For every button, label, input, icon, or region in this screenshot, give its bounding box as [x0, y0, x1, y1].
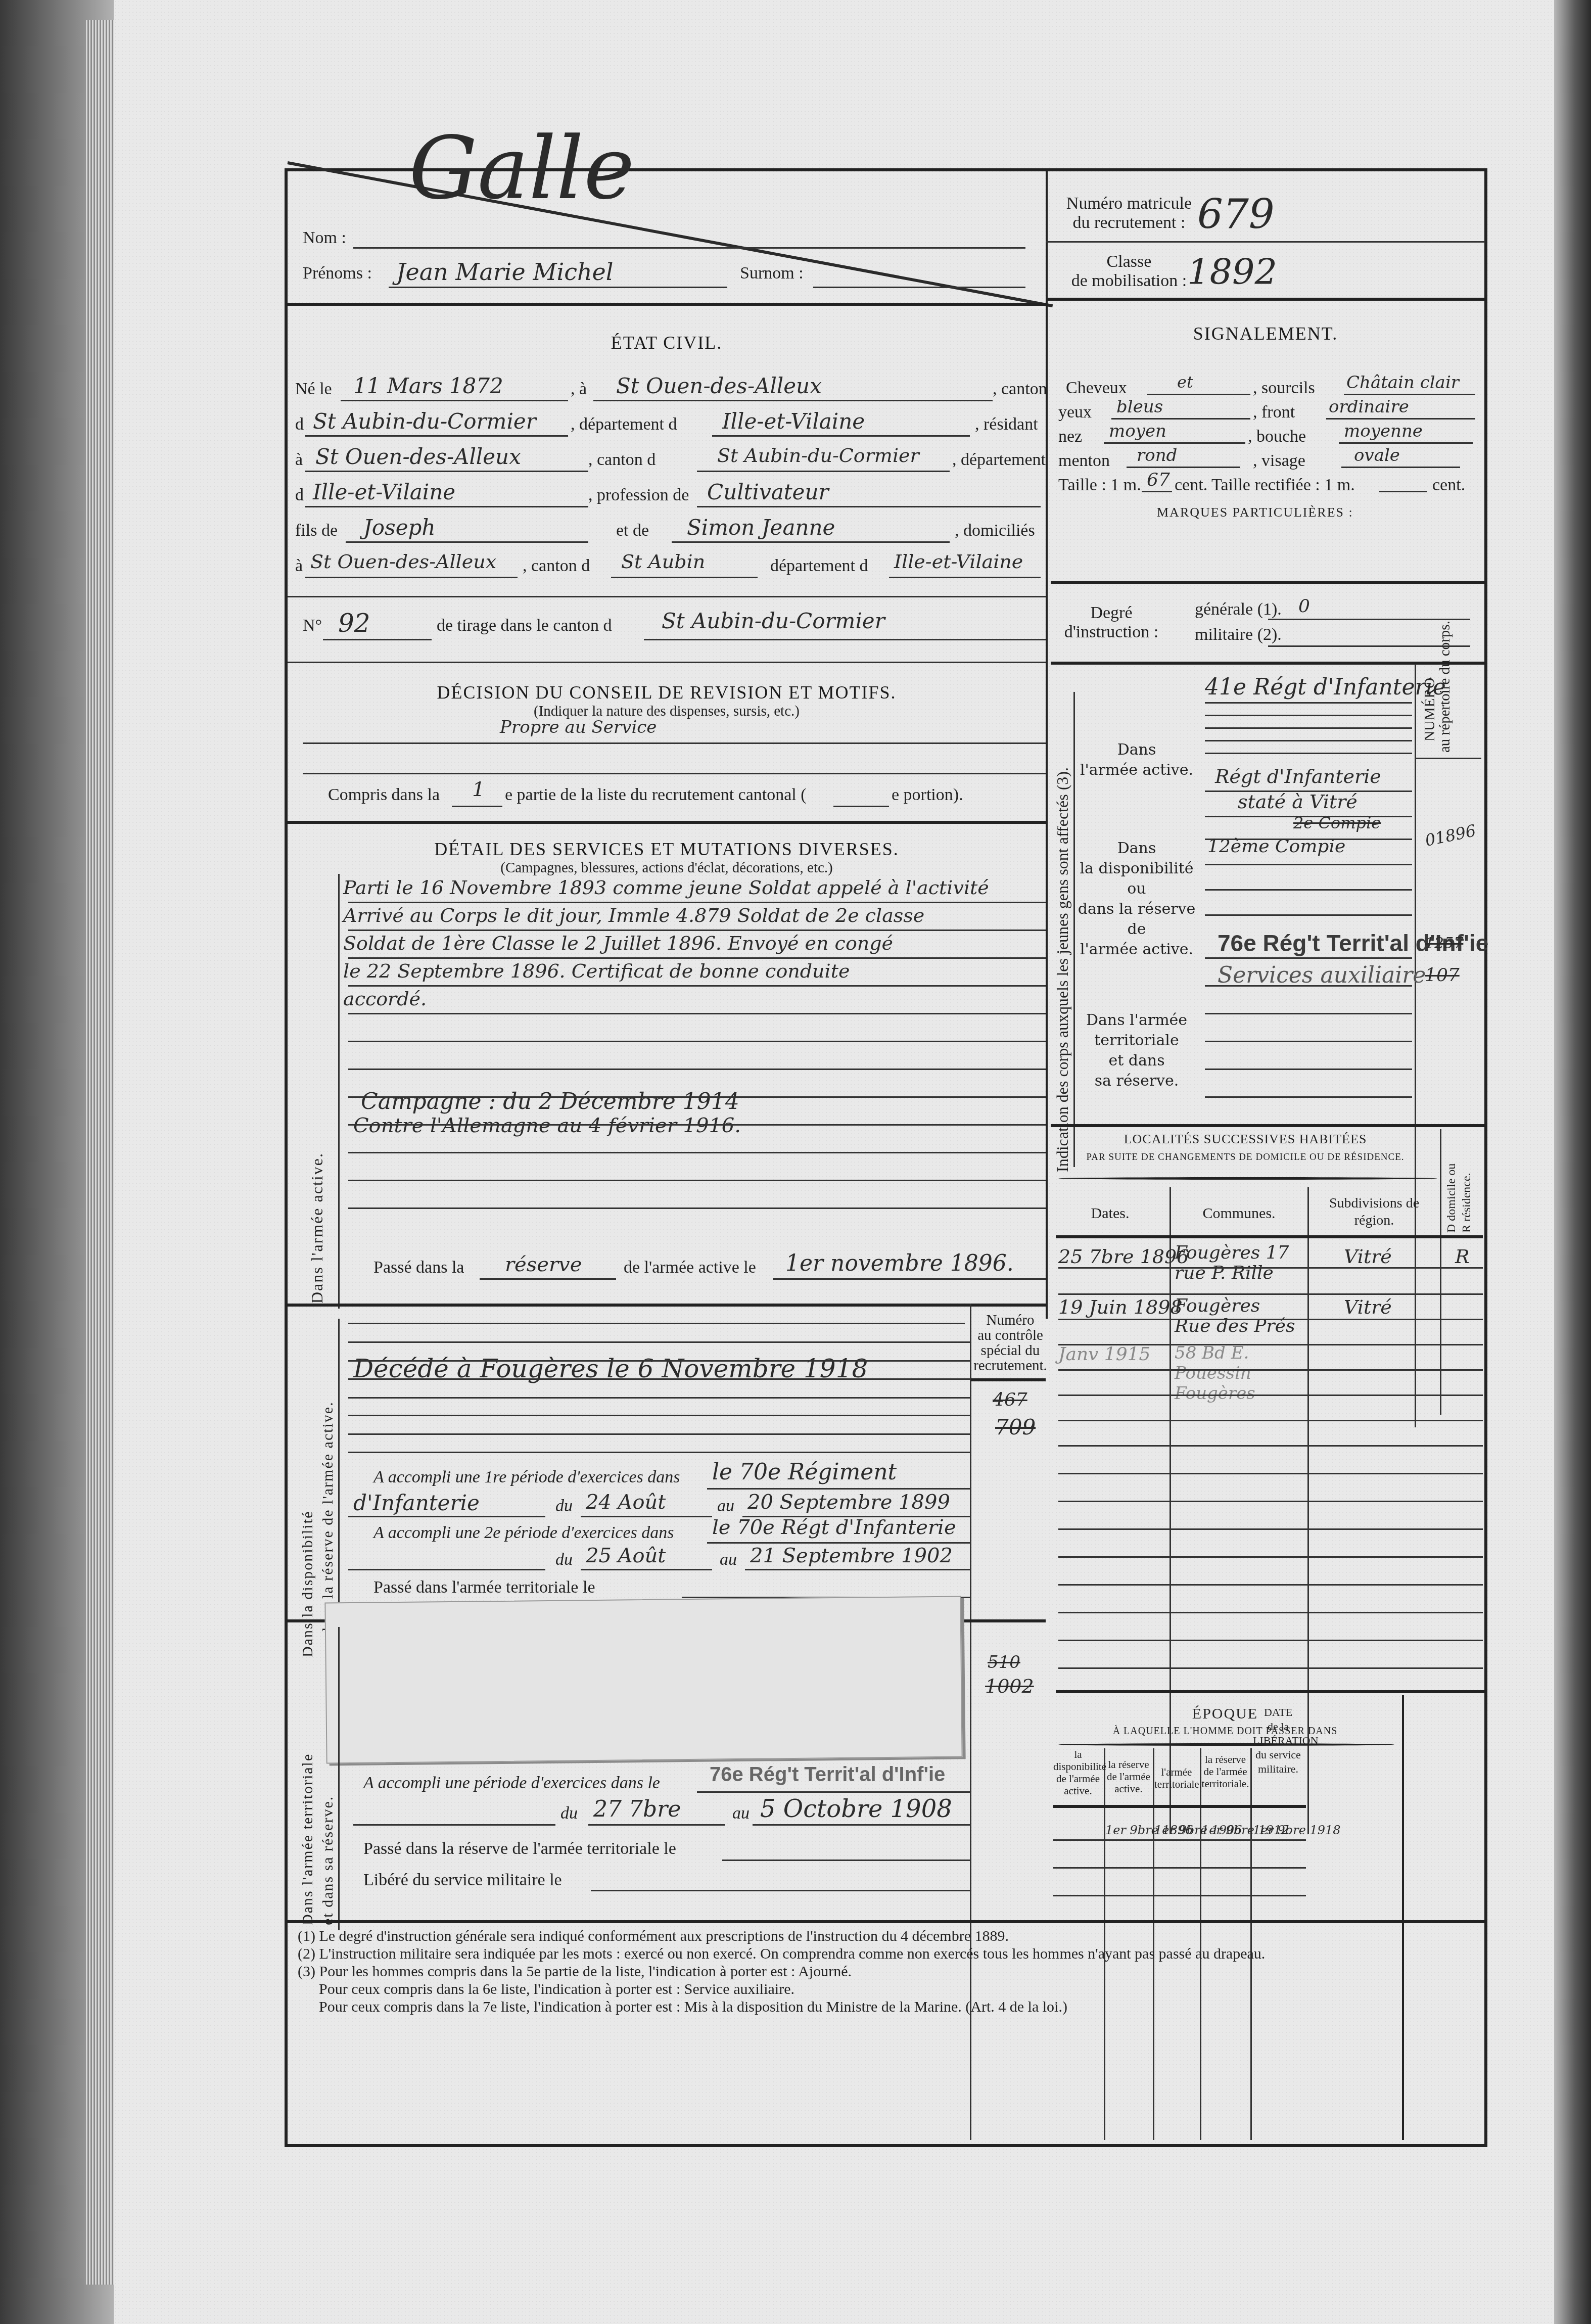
epoque-col-reserve-active: la réserve de l'armée active. — [1105, 1758, 1152, 1795]
territoriale-numero-1[interactable]: 1257 — [1425, 935, 1463, 952]
periode-2-au[interactable]: 21 Septembre 1902 — [750, 1544, 953, 1567]
localite-date[interactable]: Janv 1915 — [1058, 1344, 1150, 1365]
mere-value[interactable]: Simon Jeanne — [687, 515, 835, 540]
affectation-territoriale-label: Dans l'arméeterritorialeet danssa réserv… — [1076, 1010, 1197, 1091]
parents-departement[interactable]: Ille-et-Vilaine — [894, 550, 1023, 573]
book-binding-edge — [0, 0, 116, 2324]
affectations-side-label: Indication des corps auxquels les jeunes… — [1053, 767, 1072, 1172]
nom-field[interactable] — [353, 247, 1025, 249]
portion-field[interactable] — [833, 806, 889, 807]
service-line-2[interactable]: Arrivé au Corps le dit jour, Immle 4.879… — [343, 904, 924, 926]
residence-canton[interactable]: St Aubin-du-Cormier — [717, 444, 919, 467]
localite-subdivision[interactable]: Vitré — [1344, 1296, 1392, 1318]
instruction-label: Degréd'instruction : — [1056, 603, 1167, 642]
service-line-4[interactable]: le 22 Septembre 1896. Certificat de bonn… — [343, 960, 850, 982]
taille-value[interactable]: 67 — [1147, 470, 1170, 490]
front-value[interactable]: ordinaire — [1329, 397, 1409, 417]
epoque-col-reserve-territoriale: la réserve de l'armée territoriale. — [1201, 1753, 1249, 1790]
footnote-1: (1) Le degré d'instruction générale sera… — [298, 1928, 1009, 1945]
numero-controle-value-2[interactable]: 709 — [995, 1415, 1036, 1439]
nom-label: Nom : — [303, 228, 346, 248]
liberation-value[interactable]: 1er 9bre 1918 — [1253, 1823, 1341, 1837]
localite-commune[interactable]: Fougères 17 rue P. Rille — [1175, 1243, 1301, 1283]
sourcils-value[interactable]: Châtain clair — [1346, 373, 1459, 393]
numero-controle-value-1[interactable]: 467 — [993, 1389, 1027, 1410]
territoriale-periode-stamp: 76e Rég't Territ'al d'Inf'ie — [710, 1763, 945, 1786]
service-line-3[interactable]: Soldat de 1ère Classe le 2 Juillet 1896.… — [343, 932, 893, 954]
footnote-3b: Pour ceux compris dans la 6e liste, l'in… — [319, 1981, 794, 1998]
epoque-col-disponibilite: la disponibilité de l'armée active. — [1053, 1748, 1103, 1797]
passe-reserve-date[interactable]: 1er novembre 1896. — [785, 1250, 1014, 1276]
affectation-disponibilite-value-3[interactable]: 2e Compie — [1293, 813, 1381, 832]
pere-value[interactable]: Joseph — [363, 515, 435, 540]
prenoms-label: Prénoms : — [303, 264, 372, 283]
signalement-title: SIGNALEMENT. — [1046, 323, 1485, 344]
tirage-canton[interactable]: St Aubin-du-Cormier — [662, 609, 885, 633]
epoque-subtitle: À LAQUELLE L'HOMME DOIT PASSER DANS — [1051, 1726, 1399, 1737]
tirage-numero[interactable]: 92 — [338, 609, 370, 638]
footnote-2: (2) L'instruction militaire sera indiqué… — [298, 1945, 1265, 1963]
yeux-value[interactable]: bleus — [1116, 397, 1163, 417]
prenoms-value[interactable]: Jean Marie Michel — [396, 258, 614, 286]
service-line-5[interactable]: accordé. — [343, 988, 427, 1010]
stacked-page-edges — [86, 20, 116, 2285]
territoriale-periode-du[interactable]: 27 7bre — [593, 1796, 681, 1822]
matricule-value[interactable]: 679 — [1197, 191, 1275, 238]
nez-value[interactable]: moyen — [1109, 421, 1166, 441]
footnote-3c: Pour ceux compris dans la 7e liste, l'in… — [319, 1998, 1067, 2016]
periode-2-du[interactable]: 25 Août — [586, 1544, 666, 1567]
territoriale-periode-au[interactable]: 5 Octobre 1908 — [760, 1795, 952, 1823]
territoriale-numero-2[interactable]: 107 — [1425, 965, 1460, 986]
decision-value[interactable]: Propre au Service — [500, 717, 657, 737]
localite-dr[interactable]: R — [1455, 1245, 1470, 1268]
libere-field[interactable] — [591, 1890, 970, 1891]
departement-naissance[interactable]: Ille-et-Vilaine — [722, 409, 865, 434]
affectation-disponibilite-value-1[interactable]: Régt d'Infanterie — [1215, 765, 1381, 787]
affectation-disponibilite-numero[interactable]: 01896 — [1423, 821, 1477, 850]
instruction-generale-value[interactable]: 0 — [1298, 596, 1310, 617]
side-label-armee-active: Dans l'armée active. — [308, 1152, 326, 1304]
affectation-active-value[interactable]: 41e Régt d'Infanterie — [1205, 674, 1446, 700]
affectation-disponibilite-value-2[interactable]: staté à Vitré — [1238, 791, 1358, 813]
parents-canton[interactable]: St Aubin — [621, 550, 705, 573]
campagne-line-1[interactable]: Campagne : du 2 Décembre 1914 — [361, 1089, 739, 1114]
col-header-communes: Communes. — [1172, 1205, 1306, 1222]
affectation-active-label: Dansl'armée active. — [1076, 740, 1197, 780]
decision-title: DÉCISION DU CONSEIL DE REVISION ET MOTIF… — [288, 682, 1046, 703]
localites-subtitle: PAR SUITE DE CHANGEMENTS DE DOMICILE OU … — [1051, 1152, 1440, 1163]
menton-value[interactable]: rond — [1137, 445, 1177, 466]
passe-reserve-value[interactable]: réserve — [505, 1253, 582, 1276]
cheveux-value[interactable]: et — [1177, 373, 1193, 392]
periode-1-corps-b[interactable]: d'Infanterie — [353, 1491, 480, 1515]
pasted-paper-slip — [324, 1596, 962, 1763]
canton-naissance[interactable]: St Aubin-du-Cormier — [313, 409, 536, 434]
epoque-col-territoriale: l'armée territoriale. — [1154, 1766, 1199, 1790]
parents-commune[interactable]: St Ouen-des-Alleux — [310, 550, 496, 573]
localite-commune[interactable]: Fougères Rue des Prés — [1175, 1296, 1301, 1336]
residence-commune[interactable]: St Ouen-des-Alleux — [315, 444, 521, 469]
right-book-edge — [1551, 0, 1591, 2324]
lieu-naissance[interactable]: St Ouen-des-Alleux — [616, 374, 822, 398]
footnote-3: (3) Pour les hommes compris dans la 5e p… — [298, 1963, 852, 1980]
numero-controle-value-3[interactable]: 510 — [988, 1652, 1020, 1672]
localite-date[interactable]: 25 7bre 1896 — [1058, 1245, 1189, 1268]
periode-1-du[interactable]: 24 Août — [586, 1491, 666, 1514]
visage-value[interactable]: ovale — [1354, 445, 1400, 466]
service-line-1[interactable]: Parti le 16 Novembre 1893 comme jeune So… — [343, 876, 989, 899]
prenoms-field — [389, 287, 727, 288]
col-header-domicile: D domicile ou R résidence. — [1444, 1157, 1474, 1233]
reserve-territoriale-field[interactable] — [722, 1860, 970, 1861]
affectation-disponibilite-label: Dansla disponibilitéoudans la réservedel… — [1076, 839, 1197, 960]
affectation-disponibilite-value-4[interactable]: 12ème Compie — [1207, 836, 1345, 857]
localite-date[interactable]: 19 Juin 1898 — [1058, 1296, 1183, 1318]
territoriale-services-value[interactable]: Services auxiliaire — [1218, 962, 1426, 988]
localites-title: LOCALITÉS SUCCESSIVES HABITÉES — [1051, 1132, 1440, 1147]
taille-rectifiee-field[interactable] — [1379, 491, 1427, 492]
bouche-value[interactable]: moyenne — [1344, 421, 1423, 441]
matricule-form: Galle Nom : Prénoms : Jean Marie Michel … — [285, 168, 1487, 2147]
localite-subdivision[interactable]: Vitré — [1344, 1245, 1392, 1268]
side-label-territoriale: Dans l'armée territorialeet dans sa rése… — [298, 1753, 338, 1925]
services-title: DÉTAIL DES SERVICES ET MUTATIONS DIVERSE… — [288, 839, 1046, 860]
date-naissance[interactable]: 11 Mars 1872 — [353, 374, 503, 398]
surnom-field[interactable] — [813, 287, 1025, 288]
marques-label: MARQUES PARTICULIÈRES : — [1157, 505, 1353, 520]
periode-1-corps-a[interactable]: le 70e Régiment — [712, 1459, 897, 1485]
numero-controle-value-4[interactable]: 1002 — [985, 1675, 1034, 1697]
periode-2-corps[interactable]: le 70e Régt d'Infanterie — [712, 1516, 956, 1539]
col-header-dates: Dates. — [1053, 1205, 1167, 1222]
classe-label: Classede mobilisation : — [1061, 252, 1197, 291]
epoque-title: ÉPOQUE — [1051, 1705, 1399, 1723]
liberation-header: DATEde laLIBÉRATIONdu servicemilitaire. — [1253, 1705, 1303, 1776]
nom-handwritten: Galle — [409, 126, 635, 212]
profession-value[interactable]: Cultivateur — [707, 480, 829, 504]
periode-1-au[interactable]: 20 Septembre 1899 — [747, 1491, 950, 1514]
campagne-line-2[interactable]: Contre l'Allemagne au 4 février 1916. — [353, 1114, 741, 1137]
classe-value[interactable]: 1892 — [1187, 251, 1277, 293]
col-header-subdivisions: Subdivisions de région. — [1311, 1195, 1437, 1229]
partie-value[interactable]: 1 — [472, 778, 485, 801]
etat-civil-title: ÉTAT CIVIL. — [288, 332, 1046, 353]
residence-departement[interactable]: Ille-et-Vilaine — [313, 480, 455, 504]
surnom-label: Surnom : — [740, 264, 804, 283]
numero-controle-header: Numéroau contrôlespécial durecrutement. — [972, 1313, 1048, 1373]
matricule-label: Numéro matriculedu recrutement : — [1061, 194, 1197, 233]
